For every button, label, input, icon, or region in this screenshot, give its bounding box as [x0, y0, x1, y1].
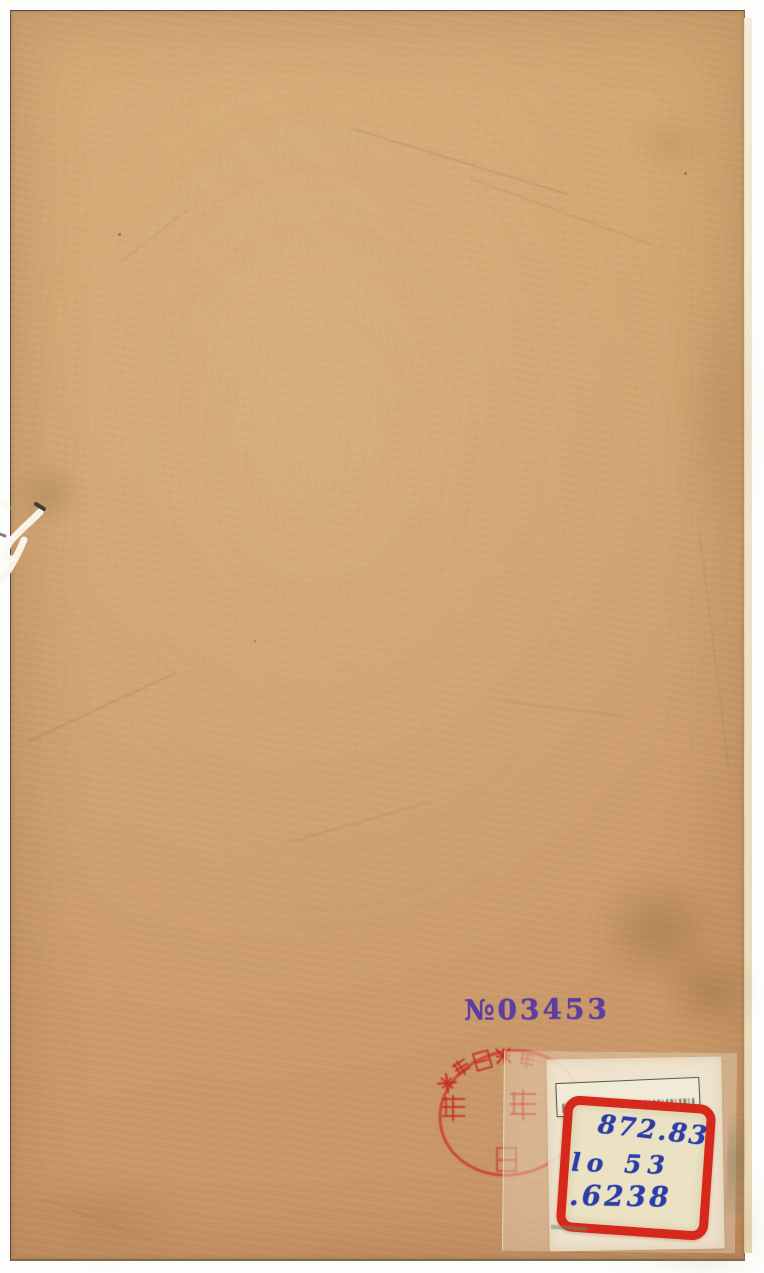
smudge-strip	[725, 1114, 745, 1215]
paper-fleck	[254, 640, 256, 642]
call-number-label: 872.83 lo 53 .6238	[555, 1095, 716, 1241]
stamp-character	[442, 1095, 465, 1121]
page-right-edge	[744, 18, 752, 1253]
paper-fleck	[684, 172, 687, 175]
white-mark-strokes	[0, 490, 50, 590]
accession-number-stamp: №03453	[464, 992, 610, 1027]
call-number-line: .6238	[567, 1178, 702, 1216]
paper-fleck	[118, 233, 121, 236]
white-pencil-mark	[0, 490, 50, 590]
